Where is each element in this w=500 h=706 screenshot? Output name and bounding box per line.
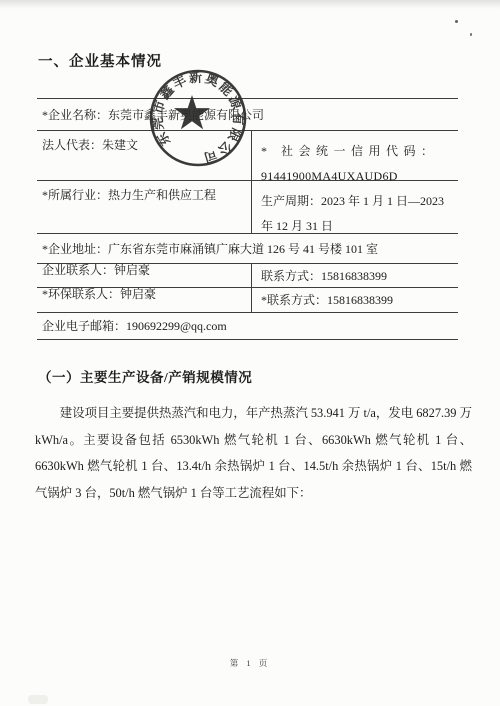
table-row-env-contact: *环保联系人：钟启豪 *联系方式：15816838399 xyxy=(37,287,458,312)
section-title: 一、企业基本情况 xyxy=(38,50,162,71)
table-row-contact: 企业联系人：钟启豪 联系方式：15816838399 xyxy=(37,263,458,287)
production-period-cell: 生产周期：2023 年 1 月 1 日—2023 年 12 月 31 日 xyxy=(252,181,458,239)
scan-speck xyxy=(455,20,458,23)
page-number-footer: 第 1 页 xyxy=(0,657,500,669)
scan-smudge xyxy=(28,695,48,704)
address-cell: *企业地址：广东省东莞市麻涌镇广麻大道 126 号 41 号楼 101 室 xyxy=(37,243,458,255)
scan-edge-shadow xyxy=(0,0,500,9)
scanned-document-page: 一、企业基本情况 *企业名称：东莞市鑫丰新奥能源有限公司 法人代表：朱建文 * … xyxy=(0,0,500,706)
email-cell: 企业电子邮箱：190692299@qq.com xyxy=(37,320,458,332)
star-icon xyxy=(174,95,210,129)
credit-code-label: * 社会统一信用代码： xyxy=(261,139,458,164)
equipment-section-heading: （一）主要生产设备/产销规模情况 xyxy=(38,366,472,386)
env-contact-phone-cell: *联系方式：15816838399 xyxy=(252,294,458,306)
equipment-paragraph: 建设项目主要提供热蒸汽和电力，年产热蒸汽 53.941 万 t/a，发电 682… xyxy=(35,400,472,506)
equipment-section: （一）主要生产设备/产销规模情况 建设项目主要提供热蒸汽和电力，年产热蒸汽 53… xyxy=(35,366,472,506)
contact-person-cell: 企业联系人：钟启豪 xyxy=(37,264,252,287)
table-row-industry-period: *所属行业：热力生产和供应工程 生产周期：2023 年 1 月 1 日—2023… xyxy=(37,180,458,233)
scan-speck xyxy=(470,33,472,36)
env-contact-person-cell: *环保联系人：钟启豪 xyxy=(37,288,252,312)
contact-phone-cell: 联系方式：15816838399 xyxy=(252,270,458,282)
industry-cell: *所属行业：热力生产和供应工程 xyxy=(37,181,252,233)
table-row-email: 企业电子邮箱：190692299@qq.com xyxy=(37,312,458,340)
company-seal-stamp: 东莞市鑫丰新奥能源有限公司 xyxy=(146,66,250,170)
